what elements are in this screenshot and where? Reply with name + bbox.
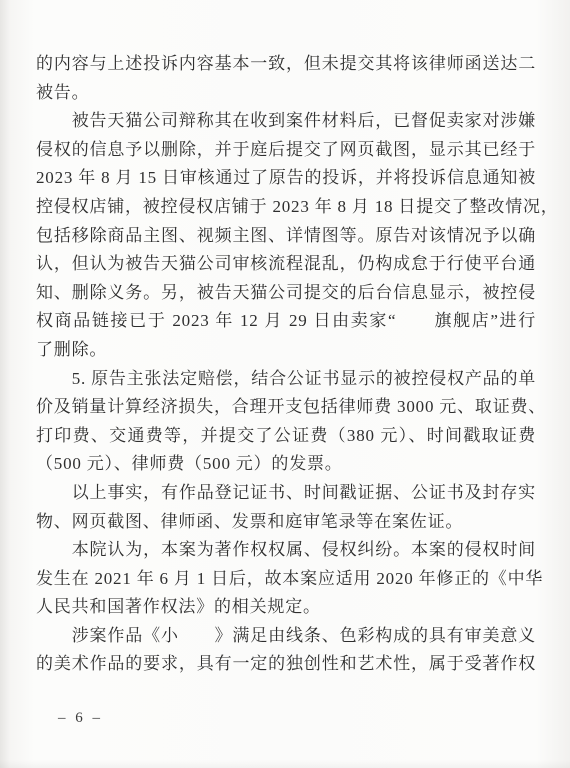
- text-line: 认，但认为被告天猫公司审核流程混乱，仍构成怠于行使平台通: [36, 250, 536, 279]
- text-line: 以上事实，有作品登记证书、时间戳证据、公证书及封存实: [36, 479, 536, 508]
- text-line: 人民共和国著作权法》的相关规定。: [36, 593, 536, 622]
- text-line: 2023 年 8 月 15 日审核通过了原告的投诉，并将投诉信息通知被: [36, 164, 536, 193]
- text-line: 的内容与上述投诉内容基本一致，但未提交其将该律师函送达二: [36, 50, 536, 79]
- text-line: 知、删除义务。另，被告天猫公司提交的后台信息显示，被控侵: [36, 279, 536, 308]
- text-line: 被告。: [36, 79, 536, 108]
- text-line: 本院认为，本案为著作权权属、侵权纠纷。本案的侵权时间: [36, 536, 536, 565]
- text-line: 被告天猫公司辩称其在收到案件材料后，已督促卖家对涉嫌: [36, 107, 536, 136]
- text-line: 的美术作品的要求，具有一定的独创性和艺术性，属于受著作权: [36, 650, 536, 679]
- text-line: 物、网页截图、律师函、发票和庭审笔录等在案佐证。: [36, 508, 536, 537]
- text-line: 了删除。: [36, 336, 536, 365]
- text-line: 控侵权店铺，被控侵权店铺于 2023 年 8 月 18 日提交了整改情况，: [36, 193, 536, 222]
- scan-shadow-left: [0, 0, 10, 768]
- text-line: 侵权的信息予以删除，并于庭后提交了网页截图，显示其已经于: [36, 136, 536, 165]
- scanned-document-page: 的内容与上述投诉内容基本一致，但未提交其将该律师函送达二 被告。 被告天猫公司辩…: [0, 0, 570, 768]
- text-line: 5. 原告主张法定赔偿，结合公证书显示的被控侵权产品的单: [36, 365, 536, 394]
- text-line: 打印费、交通费等，并提交了公证费（380 元）、时间戳取证费: [36, 422, 536, 451]
- text-line: （500 元）、律师费（500 元）的发票。: [36, 450, 536, 479]
- text-line: 价及销量计算经济损失，合理开支包括律师费 3000 元、取证费、: [36, 393, 536, 422]
- text-line: 发生在 2021 年 6 月 1 日后，故本案应适用 2020 年修正的《中华: [36, 565, 536, 594]
- text-line: 包括移除商品主图、视频主图、详情图等。原告对该情况予以确: [36, 222, 536, 251]
- page-number: – 6 –: [58, 710, 103, 727]
- text-line: 权商品链接已于 2023 年 12 月 29 日由卖家“ 旗舰店”进行: [36, 307, 536, 336]
- scan-shadow-bottom: [0, 760, 570, 768]
- document-body: 的内容与上述投诉内容基本一致，但未提交其将该律师函送达二 被告。 被告天猫公司辩…: [36, 50, 536, 679]
- text-line: 涉案作品《小 》满足由线条、色彩构成的具有审美意义: [36, 622, 536, 651]
